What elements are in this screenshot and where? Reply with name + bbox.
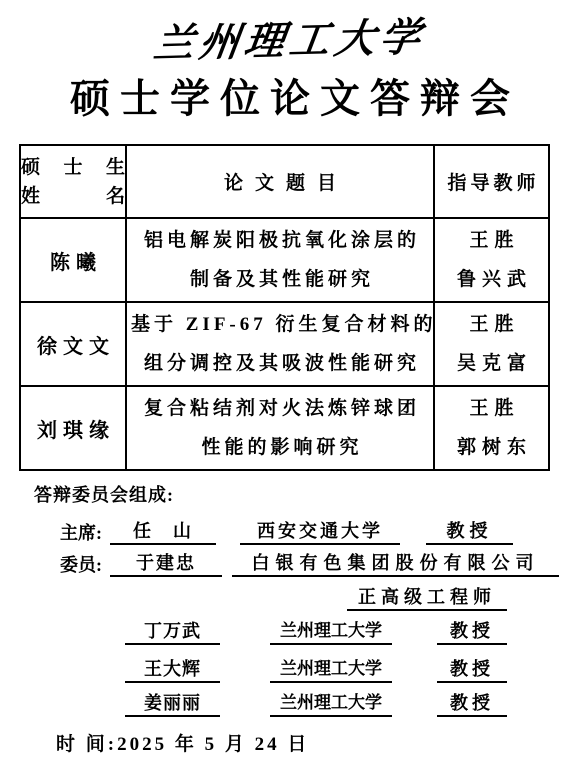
thesis-title-line1: 基于 ZIF-67 衍生复合材料的 — [127, 305, 433, 344]
committee-member-row: 委员: 于建忠 白银有色集团股份有限公司 — [60, 551, 580, 577]
chair-name-field: 任 山 — [110, 519, 216, 545]
table-header-row: 硕士生 姓名 论文题目 指导教师 — [20, 145, 549, 218]
thesis-title: 铝电解炭阳极抗氧化涂层的 制备及其性能研究 — [126, 218, 434, 302]
committee-member-row: 王大辉 兰州理工大学 教授 — [125, 657, 580, 683]
member-name-field: 王大辉 — [125, 657, 220, 683]
header-advisor: 指导教师 — [434, 145, 549, 218]
chair-label: 主席: — [60, 521, 110, 545]
student-name: 陈曦 — [20, 218, 126, 302]
header-thesis-title: 论文题目 — [126, 145, 434, 218]
advisor-names: 王胜 郭树东 — [434, 386, 549, 470]
member-organization-field: 白银有色集团股份有限公司 — [232, 551, 559, 577]
advisor-1: 王胜 — [435, 221, 548, 260]
thesis-title-line1: 复合粘结剂对火法炼锌球团 — [127, 389, 433, 428]
member-name-field: 姜丽丽 — [125, 691, 220, 717]
table-row: 徐文文 基于 ZIF-67 衍生复合材料的 组分调控及其吸波性能研究 王胜 吴克… — [20, 302, 549, 386]
defense-table: 硕士生 姓名 论文题目 指导教师 陈曦 铝电解炭阳极抗氧化涂层的 制备及其性能研… — [19, 144, 550, 471]
committee-member-row: 姜丽丽 兰州理工大学 教授 — [125, 691, 580, 717]
committee-member-row: 丁万武 兰州理工大学 教授 — [125, 619, 580, 645]
member-title-field: 教授 — [437, 657, 507, 683]
advisor-1: 王胜 — [435, 305, 548, 344]
member-name-field: 于建忠 — [110, 551, 222, 577]
thesis-title-line2: 组分调控及其吸波性能研究 — [127, 344, 433, 383]
committee-chair-row: 主席: 任 山 西安交通大学 教授 — [60, 519, 580, 545]
member-title-field: 教授 — [437, 619, 507, 645]
thesis-title-line2: 性能的影响研究 — [127, 428, 433, 467]
page-title: 硕士学位论文答辩会 — [0, 74, 580, 124]
student-name: 刘琪缘 — [20, 386, 126, 470]
header-student-line2: 姓名 — [21, 182, 125, 211]
member-organization-field: 兰州理工大学 — [270, 657, 392, 683]
member-label: 委员: — [60, 553, 110, 577]
member-organization-field: 兰州理工大学 — [270, 619, 392, 645]
advisor-1: 王胜 — [435, 389, 548, 428]
advisor-2: 吴克富 — [435, 344, 548, 383]
committee-heading: 答辩委员会组成: — [34, 481, 580, 507]
advisor-names: 王胜 鲁兴武 — [434, 218, 549, 302]
advisor-2: 鲁兴武 — [435, 260, 548, 299]
header-student-line1: 硕士生 — [21, 153, 125, 182]
chair-organization-field: 西安交通大学 — [240, 519, 400, 545]
member-title-field: 正高级工程师 — [347, 585, 507, 611]
thesis-title-line1: 铝电解炭阳极抗氧化涂层的 — [127, 221, 433, 260]
chair-title-field: 教授 — [426, 519, 513, 545]
advisor-2: 郭树东 — [435, 428, 548, 467]
thesis-title-line2: 制备及其性能研究 — [127, 260, 433, 299]
table-row: 刘琪缘 复合粘结剂对火法炼锌球团 性能的影响研究 王胜 郭树东 — [20, 386, 549, 470]
thesis-title: 复合粘结剂对火法炼锌球团 性能的影响研究 — [126, 386, 434, 470]
university-logo-calligraphy: 兰州理工大学 — [151, 5, 430, 69]
member-title-field: 教授 — [437, 691, 507, 717]
committee-member-title-row: 正高级工程师 — [347, 585, 580, 611]
logo-container: 兰州理工大学 — [0, 8, 580, 66]
defense-announcement-page: 兰州理工大学 硕士学位论文答辩会 硕士生 姓名 论文题目 指导教师 陈曦 铝电解… — [0, 0, 580, 768]
member-organization-field: 兰州理工大学 — [270, 691, 392, 717]
thesis-title: 基于 ZIF-67 衍生复合材料的 组分调控及其吸波性能研究 — [126, 302, 434, 386]
student-name: 徐文文 — [20, 302, 126, 386]
header-student-name: 硕士生 姓名 — [20, 145, 126, 218]
table-row: 陈曦 铝电解炭阳极抗氧化涂层的 制备及其性能研究 王胜 鲁兴武 — [20, 218, 549, 302]
member-name-field: 丁万武 — [125, 619, 220, 645]
advisor-names: 王胜 吴克富 — [434, 302, 549, 386]
defense-time: 时 间:2025 年 5 月 24 日 — [56, 729, 580, 756]
